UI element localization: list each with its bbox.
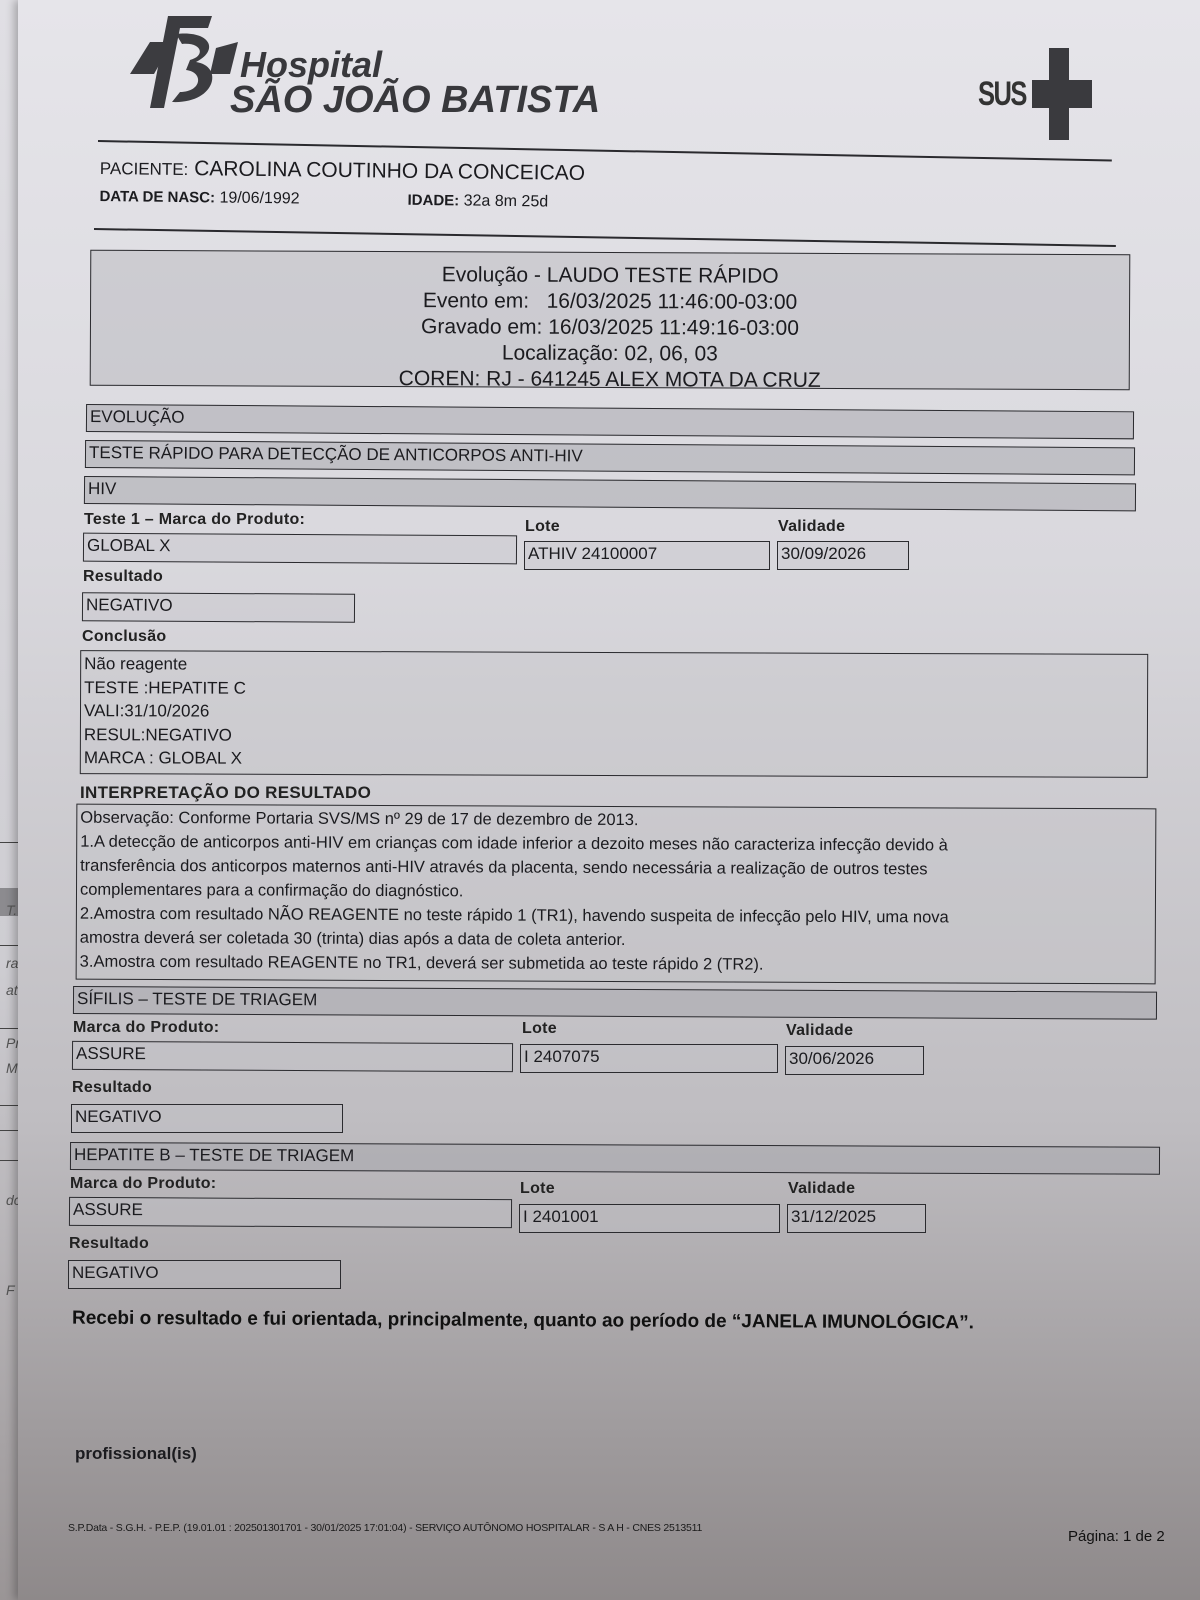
underlying-fragment: ra — [6, 955, 18, 971]
syphilis-brand-field: ASSURE — [72, 1041, 513, 1072]
section-syphilis: SÍFILIS – TESTE DE TRIAGEM — [73, 986, 1157, 1020]
hiv-validity-field: 30/09/2026 — [777, 541, 909, 570]
hospital-name-line2: SÃO JOÃO BATISTA — [230, 82, 600, 118]
conclusion-line: MARCA : GLOBAL X — [84, 746, 1144, 773]
sus-label: SUS — [978, 75, 1026, 114]
receipt-statement: Recebi o resultado e fui orientada, prin… — [72, 1308, 974, 1335]
hospital-name: Hospital SÃO JOÃO BATISTA — [240, 48, 600, 118]
hiv-brand-label: Teste 1 – Marca do Produto: — [84, 511, 305, 529]
hepb-lot-field: I 2401001 — [519, 1204, 780, 1233]
patient-name-label: PACIENTE: — [100, 159, 189, 179]
underlying-rule — [0, 945, 18, 946]
hiv-result-field: NEGATIVO — [82, 592, 355, 622]
section-hepatitis-b: HEPATITE B – TESTE DE TRIAGEM — [70, 1142, 1160, 1175]
hospital-logo: Hospital SÃO JOÃO BATISTA — [120, 12, 600, 118]
hiv-lot-label: Lote — [525, 518, 560, 536]
syphilis-validity-field: 30/06/2026 — [785, 1046, 924, 1075]
patient-name: CAROLINA COUTINHO DA CONCEICAO — [194, 157, 585, 185]
hepb-result-field: NEGATIVO — [68, 1260, 341, 1289]
hiv-result-label: Resultado — [83, 568, 163, 586]
syphilis-result-field: NEGATIVO — [71, 1104, 343, 1133]
dob-value: 19/06/1992 — [219, 189, 299, 207]
hiv-validity-label: Validade — [778, 518, 845, 536]
underlying-rule — [0, 842, 18, 843]
conclusion-line: TESTE :HEPATITE C — [84, 676, 1144, 703]
conclusion-box: Não reagente TESTE :HEPATITE C VALI:31/1… — [80, 650, 1148, 778]
conclusion-label: Conclusão — [82, 628, 167, 646]
interpretation-line: 3.Amostra com resultado REAGENTE no TR1,… — [80, 950, 1152, 979]
signature-label: profissional(is) — [75, 1444, 197, 1464]
underlying-rule — [0, 1130, 18, 1131]
interpretation-title: INTERPRETAÇÃO DO RESULTADO — [80, 783, 371, 803]
hospital-sjb-logo-icon — [120, 12, 238, 112]
coren: COREN: RJ - 641245 ALEX MOTA DA CRUZ — [91, 365, 1129, 396]
hepb-validity-label: Validade — [788, 1180, 855, 1198]
hiv-brand-field: GLOBAL X — [83, 533, 517, 565]
sus-logo: SUS — [978, 48, 1092, 140]
footer-system-info: S.P.Data - S.G.H. - P.E.P. (19.01.01 : 2… — [68, 1522, 702, 1534]
interpretation-box: Observação: Conforme Portaria SVS/MS nº … — [76, 804, 1157, 985]
syphilis-lot-label: Lote — [522, 1020, 557, 1038]
underlying-fragment: T. — [6, 902, 17, 918]
hepb-result-label: Resultado — [69, 1235, 149, 1253]
hospital-name-line1: Hospital — [240, 48, 600, 82]
sus-cross-icon — [1032, 48, 1092, 140]
syphilis-validity-label: Validade — [786, 1022, 853, 1040]
syphilis-brand-label: Marca do Produto: — [73, 1019, 219, 1037]
underlying-fragment: F — [6, 1282, 15, 1298]
underlying-rule — [0, 1160, 18, 1161]
underlying-rule — [0, 1105, 18, 1106]
hepb-brand-label: Marca do Produto: — [70, 1175, 216, 1193]
hepb-brand-field: ASSURE — [69, 1197, 512, 1228]
hiv-lot-field: ATHIV 24100007 — [524, 541, 770, 570]
syphilis-result-label: Resultado — [72, 1079, 152, 1097]
event-header-box: Evolução - LAUDO TESTE RÁPIDO Evento em:… — [90, 250, 1131, 391]
dob-label: DATA DE NASC: — [99, 188, 215, 206]
age-value: 32a 8m 25d — [464, 192, 549, 210]
syphilis-lot-field: I 2407075 — [520, 1044, 778, 1073]
patient-info: PACIENTE: CAROLINA COUTINHO DA CONCEICAO… — [99, 156, 585, 212]
hepb-validity-field: 31/12/2025 — [787, 1204, 926, 1233]
underlying-rule — [0, 1028, 18, 1029]
age-label: IDADE: — [407, 192, 459, 210]
hepb-lot-label: Lote — [520, 1180, 555, 1198]
page-number: Página: 1 de 2 — [1068, 1528, 1165, 1545]
